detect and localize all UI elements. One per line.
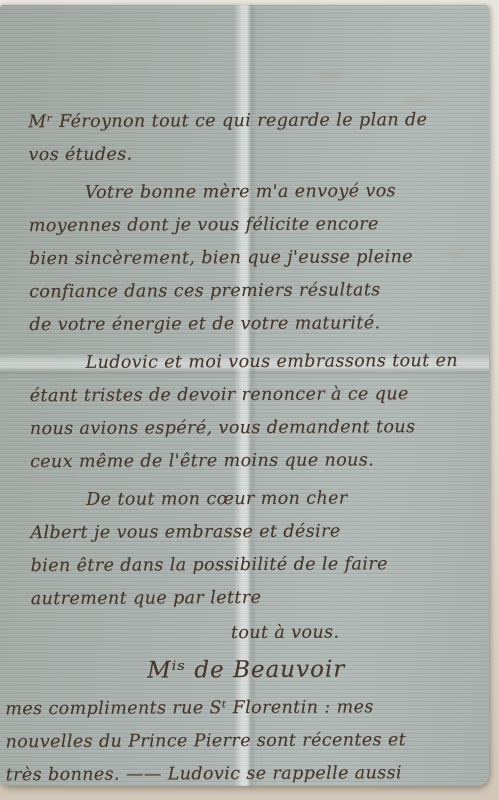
letter-paragraph: Votre bonne mère m'a envoyé vosmoyennes … xyxy=(29,175,482,342)
letter-line: de votre énergie et de votre maturité. xyxy=(29,307,481,342)
letter-line: De tout mon cœur mon cher xyxy=(30,482,482,517)
letter-line: bien être dans la possibilité de le fair… xyxy=(31,548,483,583)
letter-line: Albert je vous embrasse et désire xyxy=(30,515,482,550)
letter-line: Ludovic et moi vous embrassons tout en xyxy=(29,345,481,380)
letter-body: Mʳ Féroynon tout ce qui regarde le plan … xyxy=(28,104,483,616)
letter-line: confiance dans ces premiers résultats xyxy=(29,274,481,309)
letter-line: nouvelles du Prince Pierre sont récentes… xyxy=(5,724,483,760)
letter-paragraph: De tout mon cœur mon cherAlbert je vous … xyxy=(30,482,483,616)
letter-paragraph: Ludovic et moi vous embrassons tout enét… xyxy=(29,345,482,479)
letter-paper: Mʳ Féroynon tout ce qui regarde le plan … xyxy=(0,5,489,786)
letter-line: Votre bonne mère m'a envoyé vos xyxy=(29,175,481,210)
letter-photo-background: Mʳ Féroynon tout ce qui regarde le plan … xyxy=(0,0,499,800)
letter-postscript: mes compliments rue Sᵗ Florentin : mesno… xyxy=(5,691,484,793)
letter-signature: Mⁱˢ de Beauvoir xyxy=(147,650,483,690)
letter-line: étant tristes de devoir renoncer à ce qu… xyxy=(30,378,482,413)
letter-paragraph: Mʳ Féroynon tout ce qui regarde le plan … xyxy=(28,104,480,172)
letter-line: moyennes dont je vous félicite encore xyxy=(29,208,481,243)
letter-closing: tout à vous. xyxy=(231,616,483,650)
letter-line: bien sincèrement, bien que j'eusse plein… xyxy=(29,241,481,276)
letter-line: vos études. xyxy=(28,137,480,172)
letter-line: ceux même de l'être moins que nous. xyxy=(30,444,482,479)
letter-line: nous avions espéré, vous demandent tous xyxy=(30,411,482,446)
letter-line: très bonnes. —— Ludovic se rappelle auss… xyxy=(6,757,484,793)
letter-line: mes compliments rue Sᵗ Florentin : mes xyxy=(5,691,483,727)
letter-line: Mʳ Féroynon tout ce qui regarde le plan … xyxy=(28,104,480,139)
letter-line: autrement que par lettre xyxy=(31,581,483,616)
letter-text: Mʳ Féroynon tout ce qui regarde le plan … xyxy=(28,104,484,792)
